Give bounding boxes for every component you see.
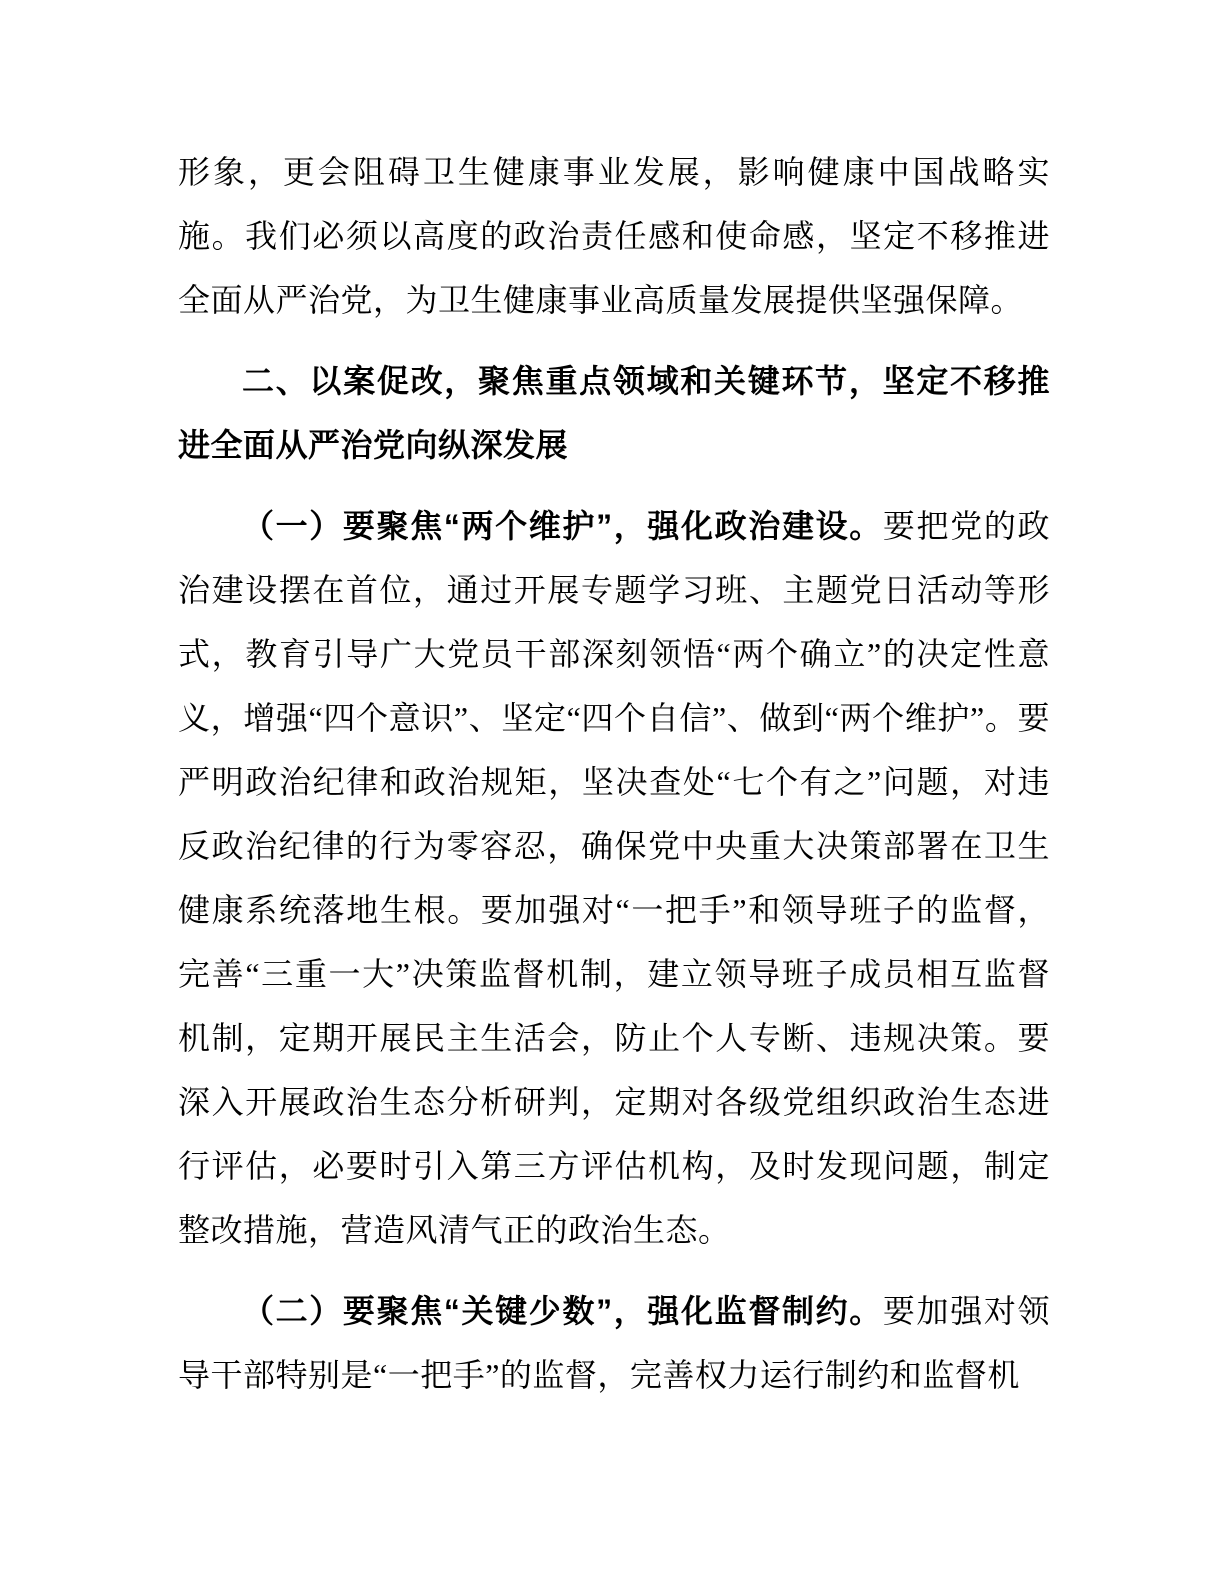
document-page: 形象，更会阻碍卫生健康事业发展，影响健康中国战略实施。我们必须以高度的政治责任感… [0, 0, 1224, 1584]
section-1-paragraph: （一）要聚焦“两个维护”，强化政治建设。要把党的政治建设摆在首位，通过开展专题学… [178, 494, 1050, 1262]
section-2-paragraph: （二）要聚焦“关键少数”，强化监督制约。要加强对领导干部特别是“一把手”的监督，… [178, 1279, 1050, 1407]
section-heading-2: 二、以案促改，聚焦重点领域和关键环节，坚定不移推进全面从严治党向纵深发展 [178, 349, 1050, 477]
section-2-lead: （二）要聚焦“关键少数”，强化监督制约。 [242, 1293, 883, 1329]
section-1-lead: （一）要聚焦“两个维护”，强化政治建设。 [242, 508, 883, 544]
section-1-body: 要把党的政治建设摆在首位，通过开展专题学习班、主题党日活动等形式，教育引导广大党… [178, 508, 1050, 1248]
intro-paragraph: 形象，更会阻碍卫生健康事业发展，影响健康中国战略实施。我们必须以高度的政治责任感… [178, 140, 1050, 332]
